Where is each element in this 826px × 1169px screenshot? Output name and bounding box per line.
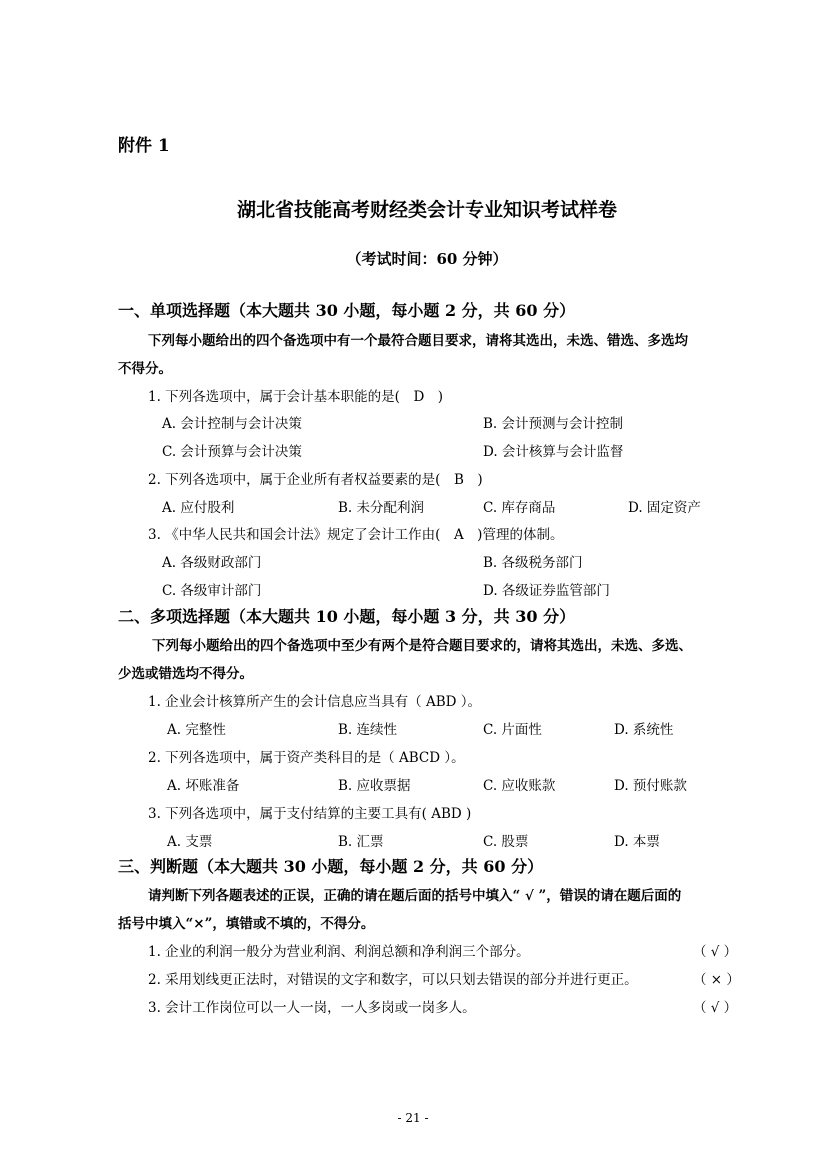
option: C. 会计预算与会计决策	[162, 440, 302, 460]
answer-mark: （ √ ）	[693, 996, 737, 1016]
answer-mark: （ √ ）	[693, 940, 737, 960]
option: A. 各级财政部门	[162, 551, 261, 571]
answer-mark: （ × ）	[693, 968, 740, 988]
option: B. 会计预测与会计控制	[483, 412, 623, 432]
option: B. 未分配利润	[338, 496, 424, 516]
section-instruction: 少选或错选均不得分。	[118, 662, 253, 682]
option: A. 支票	[167, 830, 212, 850]
section-heading-multiple-choice: 二、多项选择题（本大题共 10 小题，每小题 3 分，共 30 分）	[118, 604, 575, 627]
option: C. 库存商品	[483, 496, 555, 516]
page-number: - 21 -	[0, 1111, 826, 1125]
option: D. 各级证券监管部门	[483, 579, 610, 599]
section-instruction: 不得分。	[118, 357, 172, 377]
option: B. 连续性	[338, 718, 397, 738]
question-text: 3. 会计工作岗位可以一人一岗，一人多岗或一岗多人。	[148, 996, 476, 1016]
exam-duration: （考试时间：60 分钟）	[0, 248, 826, 269]
section-instruction: 下列每小题给出的四个备选项中有一个最符合题目要求，请将其选出，未选、错选、多选均	[148, 329, 688, 349]
question-text: 2. 下列各选项中，属于资产类科目的是（ ABCD ）。	[148, 746, 465, 766]
question-text: 1. 企业会计核算所产生的会计信息应当具有（ ABD ）。	[148, 690, 481, 710]
option: A. 完整性	[167, 718, 226, 738]
option: B. 汇票	[338, 830, 384, 850]
option: C. 片面性	[483, 718, 542, 738]
option: A. 会计控制与会计决策	[162, 412, 302, 432]
question-text: 3. 《中华人民共和国会计法》规定了会计工作由( A )管理的体制。	[148, 523, 563, 543]
section-heading-true-false: 三、判断题（本大题共 30 小题，每小题 2 分，共 60 分）	[118, 854, 543, 877]
section-instruction: 请判断下列各题表述的正误，正确的请在题后面的括号中填入“ √ ”，错误的请在题后…	[148, 884, 681, 904]
attachment-label: 附件 1	[118, 131, 170, 156]
page-title: 湖北省技能高考财经类会计专业知识考试样卷	[0, 195, 826, 222]
option: C. 各级审计部门	[162, 579, 261, 599]
question-text: 3. 下列各选项中，属于支付结算的主要工具有( ABD )	[148, 802, 471, 822]
option: B. 应收票据	[338, 774, 411, 794]
question-text: 2. 下列各选项中，属于企业所有者权益要素的是( B )	[148, 468, 483, 488]
option: D. 预付账款	[614, 774, 687, 794]
question-text: 2. 采用划线更正法时，对错误的文字和数字，可以只划去错误的部分并进行更正。	[148, 968, 638, 988]
section-instruction: 括号中填入“×”，填错或不填的，不得分。	[118, 912, 374, 932]
option: D. 会计核算与会计监督	[483, 440, 623, 460]
option: C. 股票	[483, 830, 528, 850]
option: D. 系统性	[614, 718, 673, 738]
option: C. 应收账款	[483, 774, 555, 794]
question-text: 1. 企业的利润一般分为营业利润、利润总额和净利润三个部分。	[148, 940, 530, 960]
option: A. 应付股利	[162, 496, 234, 516]
option: D. 固定资产	[628, 496, 701, 516]
option: A. 坏账准备	[167, 774, 239, 794]
option: D. 本票	[614, 830, 660, 850]
option: B. 各级税务部门	[483, 551, 583, 571]
section-heading-single-choice: 一、单项选择题（本大题共 30 小题，每小题 2 分，共 60 分）	[118, 298, 575, 321]
section-instruction: 下列每小题给出的四个备选项中至少有两个是符合题目要求的，请将其选出，未选、多选、	[152, 634, 692, 654]
question-text: 1. 下列各选项中，属于会计基本职能的是( D )	[148, 385, 443, 405]
